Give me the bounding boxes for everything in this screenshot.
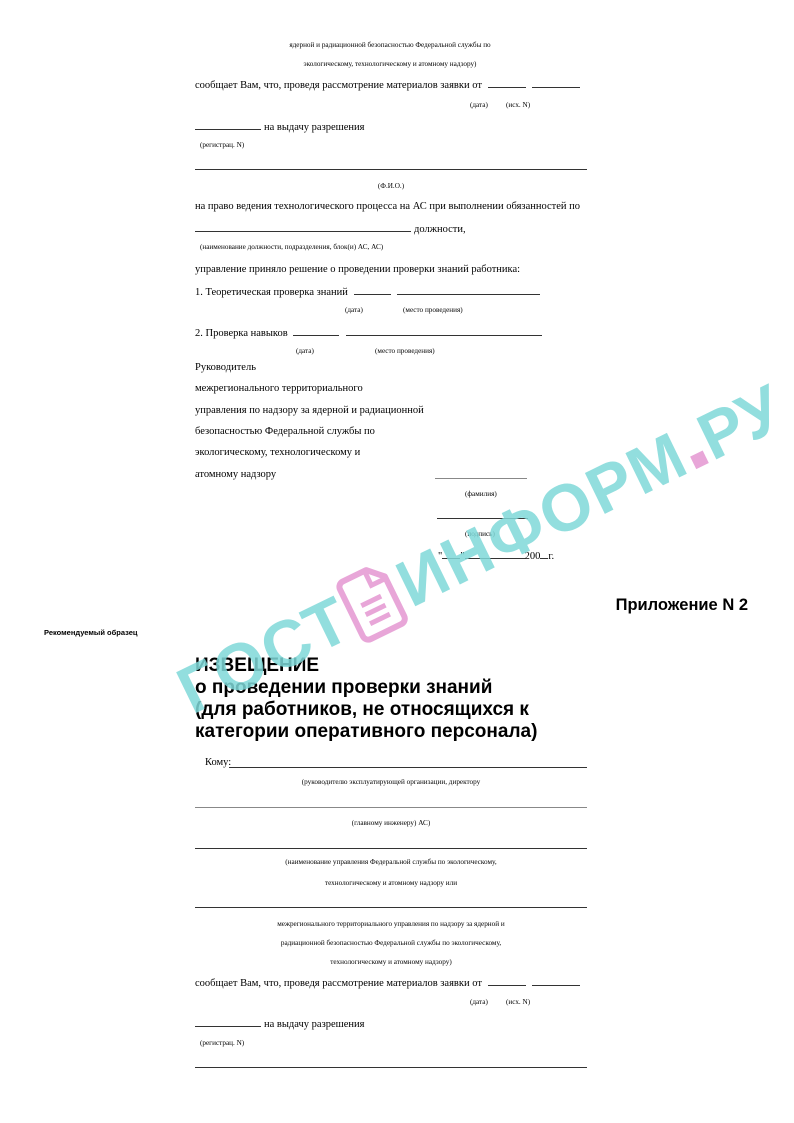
regional-field[interactable] — [195, 907, 587, 908]
to-field-2[interactable] — [195, 807, 587, 808]
notice-title: ИЗВЕЩЕНИЕ о проведении проверки знаний (… — [195, 655, 537, 743]
item2-place-field[interactable] — [346, 326, 542, 336]
position-field[interactable] — [195, 222, 411, 232]
permit-text: на выдачу разрешения — [264, 122, 364, 133]
item1-text: 1. Теоретическая проверка знаний — [195, 287, 348, 298]
authority-caption-1: (наименование управления Федеральной слу… — [195, 858, 587, 867]
title-line-4: категории оперативного персонала) — [195, 721, 537, 743]
watermark-dot — [690, 450, 709, 469]
item2-caption-place: (место проведения) — [375, 347, 435, 356]
regional-caption-3: технологическому и атомному надзору) — [195, 958, 587, 967]
appendix-informs-line: сообщает Вам, что, проведя рассмотрение … — [195, 976, 580, 990]
signature-block-5: экологическому, технологическому и — [195, 447, 360, 459]
caption-fio: (Ф.И.О.) — [195, 182, 587, 191]
appendix-informs-text: сообщает Вам, что, проведя рассмотрение … — [195, 978, 482, 989]
appendix-caption-registration: (регистрац. N) — [200, 1039, 244, 1048]
signature-block-6: атомному надзору — [195, 469, 276, 481]
permit-line: на выдачу разрешения — [195, 120, 364, 134]
month-field[interactable] — [465, 549, 525, 559]
signature-block-4: безопасностью Федеральной службы по — [195, 426, 375, 438]
appendix-permit-text: на выдачу разрешения — [264, 1019, 364, 1030]
application-ref-field[interactable] — [532, 78, 580, 88]
item2-date-field[interactable] — [293, 326, 339, 336]
position-word: должности, — [414, 224, 466, 235]
year-suffix: г. — [548, 551, 554, 562]
caption-registration: (регистрац. N) — [200, 141, 244, 150]
svg-text:ИНФОРМ: ИНФОРМ — [385, 417, 699, 621]
title-line-1: ИЗВЕЩЕНИЕ — [195, 655, 537, 677]
appendix-permit-line: на выдачу разрешения — [195, 1017, 364, 1031]
appendix-caption-date: (дата) — [470, 998, 488, 1007]
to-field[interactable] — [229, 767, 587, 768]
regional-caption-2: радиационной безопасностью Федеральной с… — [195, 939, 587, 948]
appendix-label: Приложение N 2 — [616, 596, 748, 615]
item1-place-field[interactable] — [397, 285, 540, 295]
application-date-field[interactable] — [488, 78, 526, 88]
header-line-1: ядерной и радиационной безопасностью Фед… — [195, 41, 585, 50]
year-prefix: 200 — [525, 551, 541, 562]
caption-signature: (подпись) — [465, 530, 495, 539]
item2-line: 2. Проверка навыков — [195, 326, 542, 340]
registration-number-field[interactable] — [195, 120, 261, 130]
to-label: Кому: — [205, 757, 231, 769]
header-line-2: экологическому, технологическому и атомн… — [195, 60, 585, 69]
signature-block-1: Руководитель — [195, 362, 256, 374]
caption-date: (дата) — [470, 101, 488, 110]
caption-position: (наименование должности, подразделения, … — [200, 243, 383, 252]
item1-caption-date: (дата) — [345, 306, 363, 315]
day-field[interactable] — [442, 549, 460, 559]
appendix-caption-ref: (исх. N) — [506, 998, 530, 1007]
document-icon — [337, 564, 406, 642]
authority-caption-2: технологическому и атомному надзору или — [195, 879, 587, 888]
appendix-fio-field[interactable] — [195, 1067, 587, 1068]
item1-date-field[interactable] — [354, 285, 391, 295]
to-caption-1: (руководителю эксплуатирующей организаци… — [195, 778, 587, 787]
item1-line: 1. Теоретическая проверка знаний — [195, 285, 540, 299]
recommended-sample: Рекомендуемый образец — [44, 628, 138, 637]
informs-line: сообщает Вам, что, проведя рассмотрение … — [195, 78, 580, 92]
title-line-2: о проведении проверки знаний — [195, 677, 537, 699]
watermark-domain: РУ — [686, 370, 794, 474]
appendix-registration-field[interactable] — [195, 1017, 261, 1027]
item2-caption-date: (дата) — [296, 347, 314, 356]
signature-field[interactable] — [437, 518, 528, 519]
date-line: ""200г. — [438, 549, 554, 563]
signature-block-2: межрегионального территориального — [195, 383, 363, 395]
item2-text: 2. Проверка навыков — [195, 328, 288, 339]
decision-line: управление приняло решение о проведении … — [195, 264, 520, 276]
signature-block-3: управления по надзору за ядерной и радиа… — [195, 405, 424, 417]
item1-caption-place: (место проведения) — [403, 306, 463, 315]
appendix-application-date-field[interactable] — [488, 976, 526, 986]
surname-field[interactable] — [435, 478, 527, 479]
regional-caption-1: межрегионального территориального управл… — [195, 920, 587, 929]
caption-surname: (фамилия) — [465, 490, 497, 499]
fio-field[interactable] — [195, 169, 587, 170]
appendix-application-ref-field[interactable] — [532, 976, 580, 986]
caption-ref: (исх. N) — [506, 101, 530, 110]
informs-text: сообщает Вам, что, проведя рассмотрение … — [195, 80, 482, 91]
position-line: должности, — [195, 222, 466, 236]
authority-field[interactable] — [195, 848, 587, 849]
to-caption-2: (главному инженеру) АС) — [195, 819, 587, 828]
right-line: на право ведения технологического процес… — [195, 201, 580, 213]
title-line-3: (для работников, не относящихся к — [195, 699, 537, 721]
